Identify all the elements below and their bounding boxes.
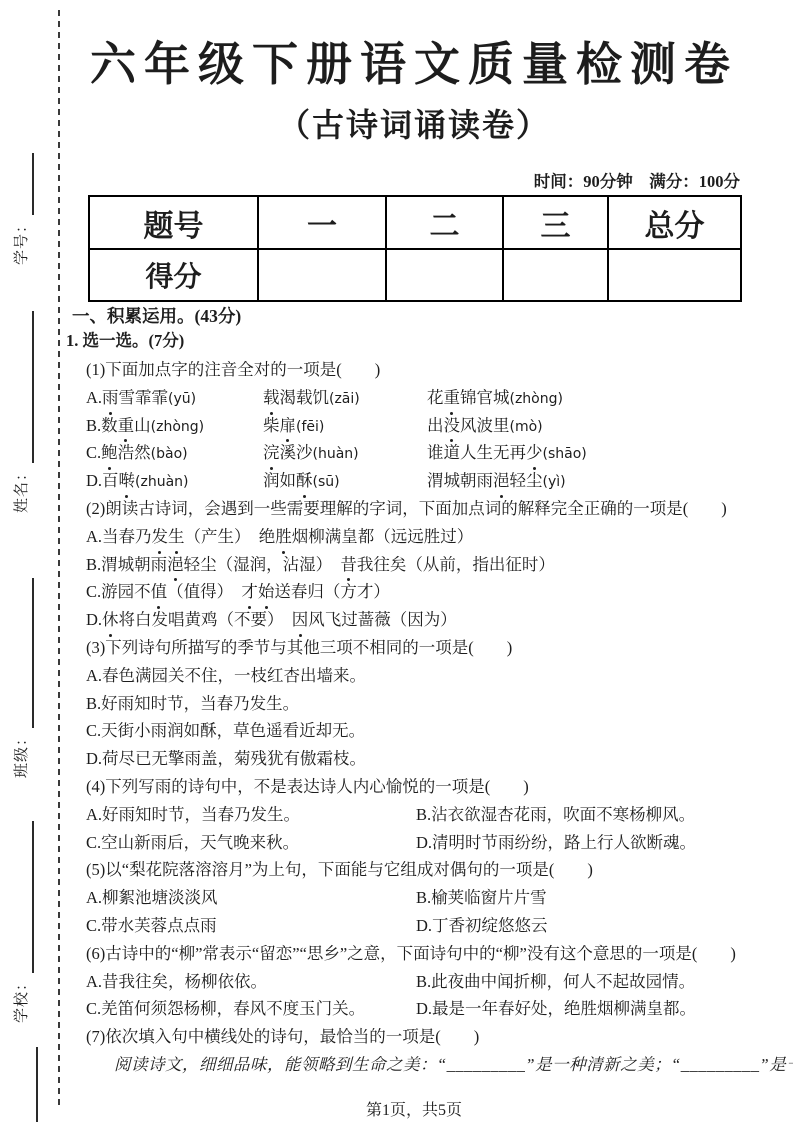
option: 渭城朝雨浥轻尘(yì) <box>427 467 566 497</box>
margin-label: 姓名： <box>10 465 31 513</box>
option-row: A.柳絮池塘淡淡风B.榆荚临窗片片雪 <box>86 884 754 912</box>
option: D.清明时节雨纷纷，路上行人欲断魂。 <box>416 829 696 857</box>
fill-blank-line <box>12 578 34 728</box>
option-row: C.鲍浩然(bào)浣溪沙(huàn)谁道人生无再少(shāo) <box>86 439 754 467</box>
option: A.柳絮池塘淡淡风 <box>86 884 218 912</box>
option-row: D.百啭(zhuàn)润如酥(sū)渭城朝雨浥轻尘(yì) <box>86 467 754 495</box>
pinyin: (sū) <box>313 474 340 490</box>
student-id-field: 学号： <box>10 153 32 265</box>
emphasis-dot-char: 昔 <box>340 551 357 579</box>
margin-label: 学校： <box>10 975 31 1023</box>
emphasis-dot-char: 鲍 <box>101 439 118 467</box>
emphasis-dot-char: 始 <box>258 578 275 606</box>
pinyin: (yū) <box>168 391 196 407</box>
score-cell <box>258 249 386 301</box>
margin-label: 学号： <box>10 217 31 265</box>
question-stem: (2)朗读古诗词，会遇到一些需要理解的字词，下面加点词的解释完全正确的一项是( … <box>86 495 754 523</box>
exam-title: 六年级下册语文质量检测卷 <box>88 28 740 94</box>
option-row: A.春色满园关不住，一枝红杏出墙来。 <box>86 662 754 690</box>
option: A.昔我往矣，杨柳依依。 <box>86 968 267 996</box>
option: B.榆荚临窗片片雪 <box>416 884 547 912</box>
score-row-label: 得分 <box>89 249 258 301</box>
emphasis-dot-char: 发 <box>152 523 169 551</box>
emphasis-dot-char: 酥 <box>296 467 313 495</box>
option: A.雨雪霏霏(yū) <box>86 384 196 414</box>
option-row: A.昔我往矣，杨柳依依。B.此夜曲中闻折柳，何人不起故园情。 <box>86 968 754 996</box>
score-table-header-cell: 题号 <box>89 196 258 249</box>
emphasis-dot-char: 浥 <box>493 467 510 495</box>
question-stem: (1)下面加点字的注音全对的一项是( ) <box>86 356 754 384</box>
page-number: 第1页，共5页 <box>88 1097 740 1120</box>
section-heading: 一、积累运用。(43分) <box>72 303 241 328</box>
class-field: 班级： <box>10 578 32 778</box>
option-row: B.数重山(zhòng)柴扉(fēi)出没风波里(mò) <box>86 412 754 440</box>
question-stem: (7)依次填入句中横线处的诗句，最恰当的一项是( ) <box>86 1023 754 1051</box>
exam-paper-page: 学号：姓名：班级：学校： 六年级下册语文质量检测卷 （古诗词诵读卷） 时间：90… <box>0 0 793 1122</box>
fill-blank-line <box>12 821 34 973</box>
score-cell <box>503 249 608 301</box>
name-field: 姓名： <box>10 311 32 513</box>
option-row: B.渭城朝雨浥轻尘（湿润，沾湿） 昔我往矣（从前，指出征时） <box>86 551 754 579</box>
score-cell <box>608 249 741 301</box>
option-row: C.游园不值（值得） 才始送春归（方才） <box>86 578 754 606</box>
score-table-header-cell: 三 <box>503 196 608 249</box>
pinyin: (yì) <box>543 474 566 490</box>
emphasis-dot-char: 浣 <box>263 439 280 467</box>
option: B.沾衣欲湿杏花雨，吹面不寒杨柳风。 <box>416 801 695 829</box>
emphasis-dot-char: 才 <box>241 578 258 606</box>
margin-label: 班级： <box>10 730 31 778</box>
pinyin: (zhòng) <box>151 419 204 435</box>
option: D.最是一年春好处，绝胜烟柳满皇都。 <box>416 995 696 1023</box>
option-row: A.好雨知时节，当春乃发生。B.沾衣欲湿杏花雨，吹面不寒杨柳风。 <box>86 801 754 829</box>
score-table-score-row: 得分 <box>89 249 741 301</box>
option-row: A.雨雪霏霏(yū)载渴载饥(zāi)花重锦官城(zhòng) <box>86 384 754 412</box>
fill-blank-line <box>12 311 34 463</box>
pinyin: (huàn) <box>313 446 359 462</box>
emphasis-dot-char: 重 <box>118 412 135 440</box>
option: 出没风波里(mò) <box>427 412 543 442</box>
question-stem: (4)下列写雨的诗句中，不是表达诗人内心愉悦的一项是( ) <box>86 773 754 801</box>
option: C.空山新雨后，天气晚来秋。 <box>86 829 299 857</box>
score-table-header-cell: 总分 <box>608 196 741 249</box>
emphasis-dot-char: 浥 <box>167 551 184 579</box>
emphasis-dot-char: 休 <box>102 606 119 634</box>
option: 载渴载饥(zāi) <box>263 384 360 414</box>
option: 花重锦官城(zhòng) <box>427 384 563 414</box>
option: B.数重山(zhòng) <box>86 412 204 442</box>
exam-subtitle: （古诗词诵读卷） <box>88 100 740 146</box>
option-row: D.荷尽已无擎雨盖，菊残犹有傲霜枝。 <box>86 745 754 773</box>
score-table-header-row: 题号 一 二 三 总分 <box>89 196 741 249</box>
option: 柴扉(fēi) <box>263 412 324 442</box>
question-stem: (6)古诗中的“柳”常表示“留恋”“思乡”之意，下面诗句中的“柳”没有这个意思的… <box>86 940 754 968</box>
emphasis-dot-char: 少 <box>526 439 543 467</box>
emphasis-dot-char: 因 <box>292 606 309 634</box>
option: C.羌笛何须怨杨柳，春风不度玉门关。 <box>86 995 365 1023</box>
emphasis-dot-char: 没 <box>444 412 461 440</box>
emphasis-dot-char: 重 <box>444 384 461 412</box>
pinyin: (fēi) <box>296 419 324 435</box>
pinyin: (shāo) <box>543 446 587 462</box>
option: B.此夜曲中闻折柳，何人不起故园情。 <box>416 968 695 996</box>
emphasis-dot-char: 啭 <box>119 467 136 495</box>
option-row: C.天街小雨润如酥，草色遥看近却无。 <box>86 717 754 745</box>
score-table-header-cell: 二 <box>386 196 503 249</box>
pinyin: (mò) <box>510 419 543 435</box>
score-table: 题号 一 二 三 总分 得分 <box>88 195 742 302</box>
pinyin: (zhòng) <box>510 391 563 407</box>
score-cell <box>386 249 503 301</box>
emphasis-dot-char: 雨 <box>102 384 119 412</box>
option: 谁道人生无再少(shāo) <box>427 439 587 469</box>
option-row: D.休将白发唱黄鸡（不要） 因风飞过蔷薇（因为） <box>86 606 754 634</box>
option: 浣溪沙(huàn) <box>263 439 359 469</box>
emphasis-dot-char: 值 <box>151 578 168 606</box>
question-stem: (3)下列诗句所描写的季节与其他三项不相同的一项是( ) <box>86 634 754 662</box>
question-body: (1)下面加点字的注音全对的一项是( )A.雨雪霏霏(yū)载渴载饥(zāi)花… <box>86 356 754 1079</box>
option-row: C.空山新雨后，天气晚来秋。D.清明时节雨纷纷，路上行人欲断魂。 <box>86 829 754 857</box>
option: D.丁香初绽悠悠云 <box>416 912 548 940</box>
option-row: A.当春乃发生（产生） 绝胜烟柳满皇都（远远胜过） <box>86 523 754 551</box>
fill-in-sentence: 阅读诗文，细细品味，能领略到生命之美：“_________”是一种清新之美；“_… <box>114 1051 754 1079</box>
pinyin: (zhuàn) <box>135 474 188 490</box>
seal-dashed-line <box>58 10 60 1110</box>
option-row: B.好雨知时节，当春乃发生。 <box>86 690 754 718</box>
emphasis-dot-char: 扉 <box>280 412 297 440</box>
option: 润如酥(sū) <box>263 467 340 497</box>
option: D.百啭(zhuàn) <box>86 467 189 497</box>
option: A.好雨知时节，当春乃发生。 <box>86 801 300 829</box>
emphasis-dot-char: 生 <box>168 523 185 551</box>
option: C.带水芙蓉点点雨 <box>86 912 217 940</box>
pinyin: (bào) <box>151 446 188 462</box>
margin-extra-line <box>36 1047 38 1122</box>
option-row: C.羌笛何须怨杨柳，春风不度玉门关。D.最是一年春好处，绝胜烟柳满皇都。 <box>86 995 754 1023</box>
emphasis-dot-char: 胜 <box>275 523 292 551</box>
question-stem: (5)以“梨花院落溶溶月”为上句，下面能与它组成对偶句的一项是( ) <box>86 856 754 884</box>
emphasis-dot-char: 载 <box>263 384 280 412</box>
time-score-info: 时间：90分钟 满分：100分 <box>534 168 740 192</box>
question-1-heading: 1. 选一选。(7分) <box>66 327 184 351</box>
school-field: 学校： <box>10 821 32 1023</box>
option: C.鲍浩然(bào) <box>86 439 188 469</box>
pinyin: (zāi) <box>329 391 360 407</box>
fill-blank-line <box>12 153 34 215</box>
option-row: C.带水芙蓉点点雨D.丁香初绽悠悠云 <box>86 912 754 940</box>
score-table-header-cell: 一 <box>258 196 386 249</box>
